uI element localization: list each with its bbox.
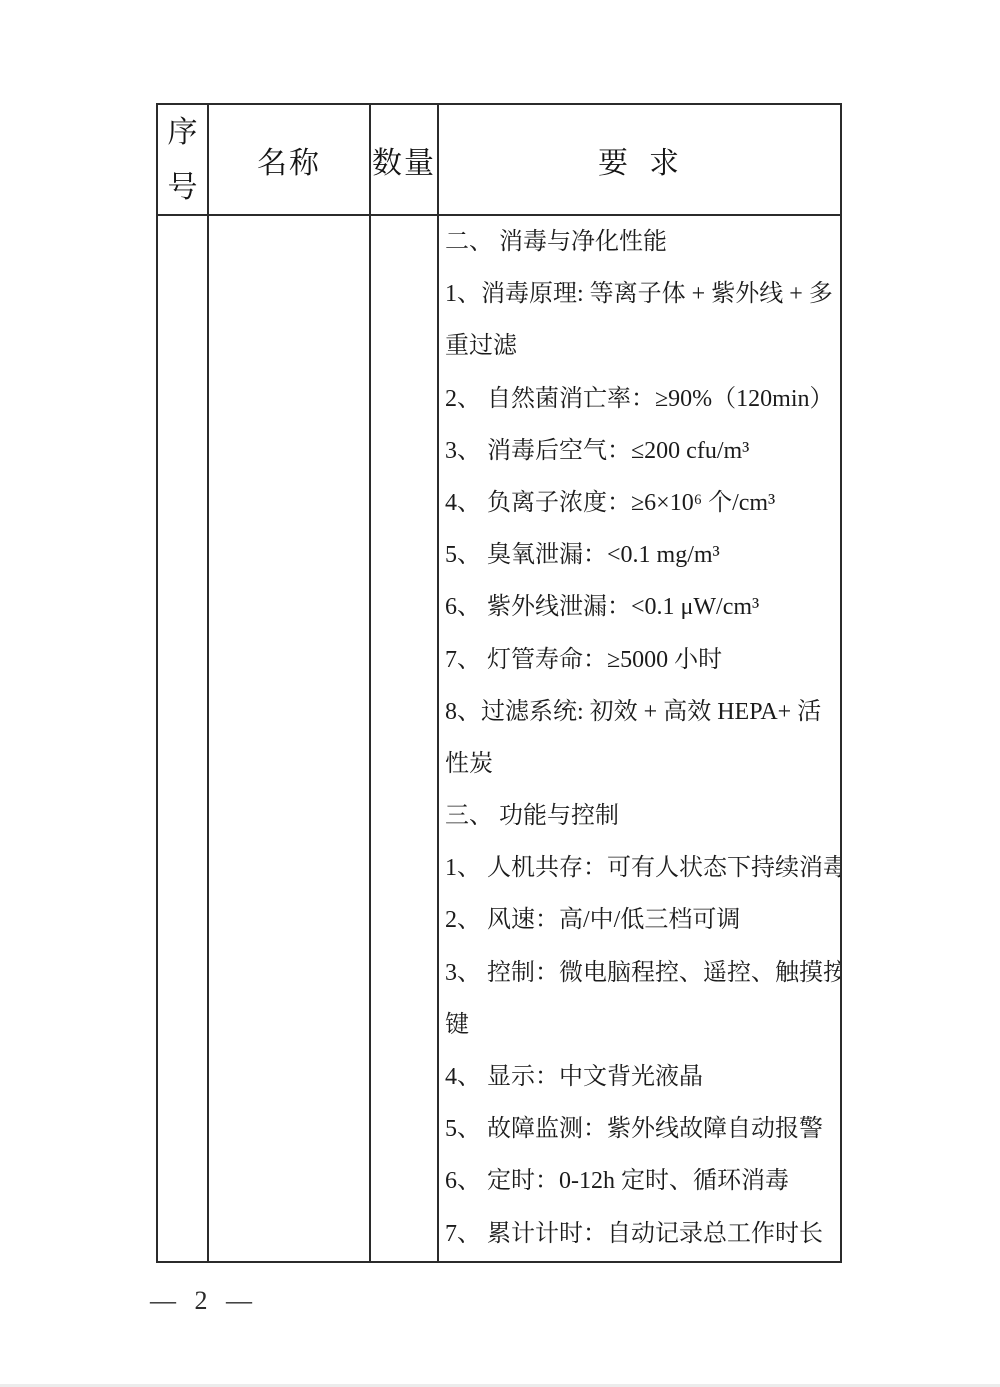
requirement-line: 1、 人机共存：可有人状态下持续消毒 (445, 842, 840, 894)
header-requirement-label: 要 求 (598, 138, 681, 182)
requirement-line: 5、 故障监测：紫外线故障自动报警 (445, 1103, 840, 1155)
spec-table: 序号 名称 数量 要 求 二、 消毒与净化性能 1、消毒原理: 等离子体 + 紫… (156, 103, 842, 1263)
header-requirement: 要 求 (439, 105, 840, 214)
requirement-line: 4、 负离子浓度：≥6×10⁶ 个/cm³ (445, 477, 840, 529)
requirement-line: 重过滤 (445, 320, 840, 372)
requirement-line: 6、 定时：0-12h 定时、循环消毒 (445, 1155, 840, 1207)
requirement-line: 2、 风速：高/中/低三档可调 (445, 894, 840, 946)
header-name-label: 名称 (257, 138, 321, 182)
requirements-cell: 二、 消毒与净化性能 1、消毒原理: 等离子体 + 紫外线 + 多 重过滤 2、… (439, 216, 840, 1263)
header-serial-number-label: 序号 (165, 105, 201, 214)
header-quantity-label: 数量 (372, 138, 436, 182)
requirement-line: 5、 臭氧泄漏：<0.1 mg/m³ (445, 529, 840, 581)
requirement-line: 1、消毒原理: 等离子体 + 紫外线 + 多 (445, 268, 840, 320)
body-cell-name (209, 216, 369, 1263)
requirement-line: 6、 紫外线泄漏：<0.1 μW/cm³ (445, 581, 840, 633)
requirement-line: 二、 消毒与净化性能 (445, 216, 840, 268)
requirement-line: 4、 显示：中文背光液晶 (445, 1051, 840, 1103)
page-number: — 2 — (150, 1286, 258, 1316)
body-cell-serial (158, 216, 207, 1263)
requirement-line: 三、 功能与控制 (445, 790, 840, 842)
requirement-line: 7、 灯管寿命：≥5000 小时 (445, 634, 840, 686)
requirement-line: 7、 累计计时：自动记录总工作时长 (445, 1208, 840, 1260)
requirement-line: 3、 消毒后空气：≤200 cfu/m³ (445, 425, 840, 477)
header-name: 名称 (209, 105, 369, 214)
document-page: 序号 名称 数量 要 求 二、 消毒与净化性能 1、消毒原理: 等离子体 + 紫… (0, 0, 1000, 1387)
requirement-line: 2、 自然菌消亡率：≥90%（120min） (445, 373, 840, 425)
body-cell-quantity (371, 216, 437, 1263)
header-quantity: 数量 (371, 105, 437, 214)
requirement-line: 3、 控制：微电脑程控、遥控、触摸按 (445, 947, 840, 999)
requirement-line: 性炭 (445, 738, 840, 790)
requirement-line: 8、过滤系统: 初效 + 高效 HEPA+ 活 (445, 686, 840, 738)
requirement-line: 键 (445, 999, 840, 1051)
header-serial-number: 序号 (158, 105, 207, 214)
